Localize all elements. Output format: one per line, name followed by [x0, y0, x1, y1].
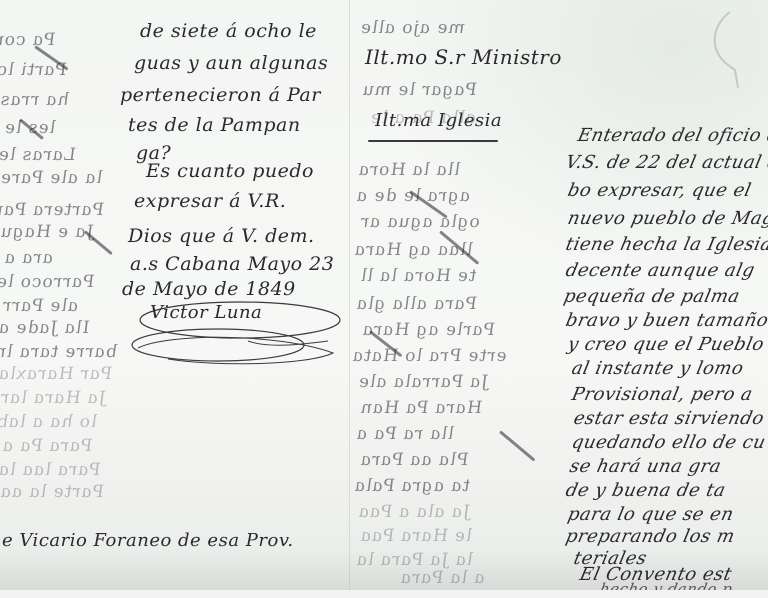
- letter-line: bo expresar, que el: [566, 180, 754, 201]
- bleed-line: Ja Parrala ale: [355, 372, 492, 392]
- bleed-line: Parte la aa: [0, 482, 107, 502]
- letter-line: quedando ello de cu: [570, 432, 768, 453]
- bleed-line: Ja e Hagu: [0, 222, 97, 242]
- bleed-line: lla la Hora: [355, 160, 463, 180]
- letter-line: V.S. de 22 del actual d: [564, 152, 768, 173]
- bleed-line: ale Parr: [0, 296, 81, 316]
- letter-line: y creo que el Pueblo: [566, 334, 766, 355]
- letter-line: guas y aun algunas: [134, 52, 328, 74]
- bleed-line: ogla agua ar: [357, 212, 483, 232]
- bleed-line: le Hara Paa: [357, 526, 475, 546]
- letter-line: tiene hecha la Iglesia: [564, 234, 768, 255]
- bleed-line: te Hora la ll: [357, 266, 479, 286]
- bleed-line: Para alla gla: [353, 294, 480, 314]
- bleed-line: Partera Par: [0, 200, 107, 220]
- letter-line: bravo y buen tamaño: [564, 310, 768, 331]
- bleed-line: lo ha a lab: [0, 412, 100, 432]
- letter-line: para lo que se en: [566, 504, 736, 525]
- letter-line: estar esta sirviendo: [572, 408, 766, 429]
- bleed-line: Pagar le mu: [359, 80, 480, 100]
- page-divider: [349, 0, 350, 590]
- bleed-line: lla ra Pa a: [353, 424, 457, 444]
- bleed-line: ha rras: [0, 90, 72, 110]
- letter-line: pertenecieron á Par: [120, 84, 321, 106]
- letter-line: hecho y dando p: [598, 580, 734, 590]
- bleed-line: ta agra Pala: [351, 476, 473, 496]
- letter-line: Enterado del oficio de: [576, 125, 768, 146]
- letter-line: pequeña de palma: [562, 286, 742, 307]
- bleed-line: Parroco le: [0, 272, 97, 292]
- letter-line: expresar á V.R.: [134, 190, 286, 212]
- bleed-line: Pla aa Para: [357, 450, 472, 470]
- letter-line: a.s Cabana Mayo 23: [130, 253, 334, 275]
- letter-line: Dios que á V. dem.: [128, 225, 315, 247]
- signature-name: Victor Luna: [150, 302, 262, 323]
- bleed-line: erte Pra lo Hata: [349, 346, 510, 366]
- bleed-line: Hara Pa Han: [357, 398, 485, 418]
- letter-line: de y buena de ta: [564, 480, 728, 501]
- bottom-margin-bar: [0, 590, 768, 598]
- bleed-line: Ila Jade a: [0, 318, 92, 338]
- letter-line: decente aunque alg: [564, 260, 757, 281]
- letter-line: Provisional, pero a: [570, 384, 755, 405]
- bleed-line: Laras le: [0, 145, 79, 165]
- footer-line: e Vicario Foraneo de esa Prov.: [2, 530, 294, 551]
- letter-line: de siete á ocho le: [140, 20, 317, 42]
- manuscript-scan: Pa con Parti lo ha rras les le Laras le …: [0, 0, 768, 590]
- bleed-line: la Ja Para la: [353, 550, 476, 570]
- salutation-line: Ilt.ma Iglesia: [375, 110, 502, 131]
- bleed-line: Par Haraxla: [0, 364, 115, 384]
- letter-line: se hará una gra: [568, 456, 723, 477]
- bleed-line: la ale Pare: [0, 168, 105, 188]
- bleed-line: Para Pa a: [0, 436, 95, 456]
- bleed-line: Para laa la: [0, 460, 103, 480]
- bleed-line: barre tara ln: [0, 342, 120, 362]
- salutation-line: Ilt.mo S.r Ministro: [365, 45, 562, 69]
- bleed-line: Pa con: [0, 30, 58, 50]
- bleed-line: me ajo alle: [357, 18, 468, 38]
- underline-rule: [368, 140, 498, 142]
- bleed-line: Ja Hara lar: [0, 388, 109, 408]
- letter-line: nuevo pueblo de Mag: [566, 208, 768, 229]
- letter-line: al instante y lomo: [570, 358, 746, 379]
- ink-stroke: [499, 430, 535, 461]
- paper-stain: [700, 10, 760, 90]
- bleed-line: a la Para: [397, 568, 488, 588]
- bleed-line: Ja ala a Paa: [355, 502, 473, 522]
- letter-line: preparando los m: [564, 526, 737, 547]
- letter-line: Es cuanto puedo: [146, 160, 314, 182]
- bleed-line: ara a: [1, 248, 56, 268]
- ink-stroke: [84, 230, 113, 255]
- letter-line: tes de la Pampan: [128, 114, 301, 136]
